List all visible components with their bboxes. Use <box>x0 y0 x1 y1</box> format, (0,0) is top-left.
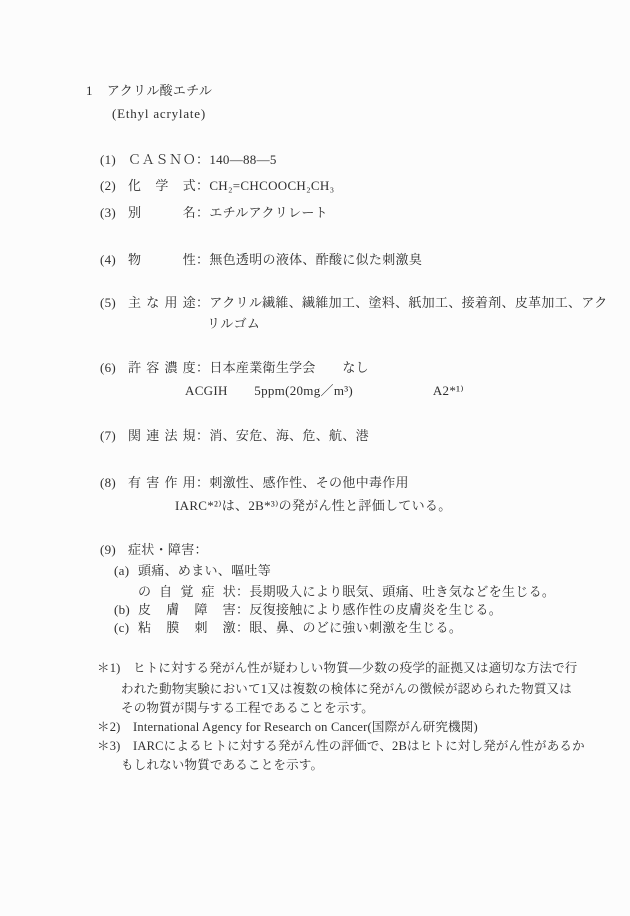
colon: ： <box>236 582 249 601</box>
item-number: (8) <box>100 473 128 492</box>
item-main-uses-wrap: リルゴム <box>207 314 260 333</box>
item-alias: (3)別名：エチルアクリレート <box>100 203 328 222</box>
item-related-regulations: (7)関連法規：消、安危、海、危、航、港 <box>100 426 369 445</box>
item-number: (6) <box>100 358 128 377</box>
item-harmful-effects: (8)有害作用：刺激性、感作性、その他中毒作用 <box>100 473 409 492</box>
footnote-2-line-1: ＊2)International Agency for Research on … <box>97 718 478 737</box>
item-label: ＣＡＳＮＯ <box>128 150 196 169</box>
item-value: アクリル繊維、繊維加工、塗料、紙加工、接着剤、皮革加工、アク <box>209 295 607 310</box>
colon: ： <box>196 150 209 169</box>
subitem-label: 皮膚障害 <box>138 600 236 619</box>
colon: ： <box>195 540 208 559</box>
subitem-a-symptoms: の自覚症状：長期吸入により眠気、頭痛、吐き気などを生じる。 <box>138 582 555 601</box>
item-properties: (4)物性：無色透明の液体、酢酸に似た刺激臭 <box>100 250 422 269</box>
colon: ： <box>196 426 209 445</box>
item-number: (5) <box>100 293 128 312</box>
colon: ： <box>236 618 249 637</box>
title-number: 1 <box>86 81 93 100</box>
subitem-intro: 頭痛、めまい、嘔吐等 <box>138 563 271 578</box>
subitem-b-skin: (b)皮膚障害：反復接触により感作性の皮膚炎を生じる。 <box>114 600 502 619</box>
footnote-text: ヒトに対する発がん性が疑わしい物質―少数の疫学的証拠又は適切な方法で行 <box>133 661 578 675</box>
item-number: (7) <box>100 426 128 445</box>
subitem-number: (a) <box>114 561 138 580</box>
item-number: (9) <box>100 540 128 559</box>
page-subtitle: (Ethyl acrylate) <box>112 104 206 123</box>
item-label: 主な用途 <box>128 293 196 312</box>
item-cas-no: (1)ＣＡＳＮＯ：140―88―5 <box>100 150 277 169</box>
item-number: (3) <box>100 203 128 222</box>
subitem-label: の自覚症状 <box>138 582 236 601</box>
footnote-marker: ＊1) <box>97 659 133 678</box>
item-chemical-formula: (2)化学式：CH₂=CHCOOCH₂CH₃ <box>100 176 334 195</box>
item-number: (2) <box>100 176 128 195</box>
item-label: 関連法規 <box>128 426 196 445</box>
colon: ： <box>196 473 209 492</box>
item-value: 消、安危、海、危、航、港 <box>209 428 369 443</box>
subitem-c-mucous: (c)粘膜刺激：眼、鼻、のどに強い刺激を生じる。 <box>114 618 462 637</box>
item-label: 許容濃度 <box>128 358 196 377</box>
footnote-1-line-3: その物質が関与する工程であることを示す。 <box>121 699 374 718</box>
page-title: 1アクリル酸エチル <box>86 81 212 100</box>
item-acgih-line: ACGIH 5ppm(20mg／m³) A2*¹⁾ <box>185 381 464 400</box>
item-value: 無色透明の液体、酢酸に似た刺激臭 <box>209 252 422 267</box>
item-value: 日本産業衛生学会 なし <box>209 360 369 375</box>
subitem-value: 長期吸入により眠気、頭痛、吐き気などを生じる。 <box>249 584 555 599</box>
colon: ： <box>236 600 249 619</box>
colon: ： <box>196 293 209 312</box>
colon: ： <box>196 203 209 222</box>
item-number: (4) <box>100 250 128 269</box>
item-symptoms-header: (9)症状・障害： <box>100 540 208 559</box>
item-label: 症状・障害 <box>128 542 195 557</box>
title-text: アクリル酸エチル <box>107 83 212 98</box>
subitem-number: (c) <box>114 618 138 637</box>
item-label: 有害作用 <box>128 473 196 492</box>
footnote-marker: ＊2) <box>97 718 133 737</box>
subitem-number: (b) <box>114 600 138 619</box>
item-value: 刺激性、感作性、その他中毒作用 <box>209 475 409 490</box>
document-page: 1アクリル酸エチル (Ethyl acrylate) (1)ＣＡＳＮＯ：140―… <box>0 0 630 916</box>
item-permissible-concentration: (6)許容濃度：日本産業衛生学会 なし <box>100 358 369 377</box>
footnote-3-line-2: もしれない物質であることを示す。 <box>121 756 323 775</box>
colon: ： <box>196 358 209 377</box>
footnote-text: International Agency for Research on Can… <box>133 720 478 734</box>
footnote-1-line-1: ＊1)ヒトに対する発がん性が疑わしい物質―少数の疫学的証拠又は適切な方法で行 <box>97 659 578 678</box>
footnote-1-line-2: われた動物実験において1又は複数の検体に発がんの徴候が認められた物質又は <box>121 680 572 699</box>
item-label: 化学式 <box>128 176 196 195</box>
item-value: CH₂=CHCOOCH₂CH₃ <box>209 178 334 193</box>
colon: ： <box>196 176 209 195</box>
item-iarc-line: IARC*²⁾は、2B*³⁾の発がん性と評価している。 <box>175 496 452 515</box>
subitem-a-intro: (a)頭痛、めまい、嘔吐等 <box>114 561 271 580</box>
item-label: 物性 <box>128 250 196 269</box>
subitem-value: 眼、鼻、のどに強い刺激を生じる。 <box>249 620 462 635</box>
footnote-marker: ＊3) <box>97 737 133 756</box>
item-number: (1) <box>100 150 128 169</box>
item-value: 140―88―5 <box>209 152 276 167</box>
item-main-uses: (5)主な用途：アクリル繊維、繊維加工、塗料、紙加工、接着剤、皮革加工、アク <box>100 293 608 312</box>
footnote-text: IARCによるヒトに対する発がん性の評価で、2Bはヒトに対し発がん性があるか <box>133 739 585 753</box>
item-value: エチルアクリレート <box>209 205 328 220</box>
item-label: 別名 <box>128 203 196 222</box>
subitem-value: 反復接触により感作性の皮膚炎を生じる。 <box>249 602 502 617</box>
footnote-3-line-1: ＊3)IARCによるヒトに対する発がん性の評価で、2Bはヒトに対し発がん性がある… <box>97 737 585 756</box>
subitem-label: 粘膜刺激 <box>138 618 236 637</box>
colon: ： <box>196 250 209 269</box>
